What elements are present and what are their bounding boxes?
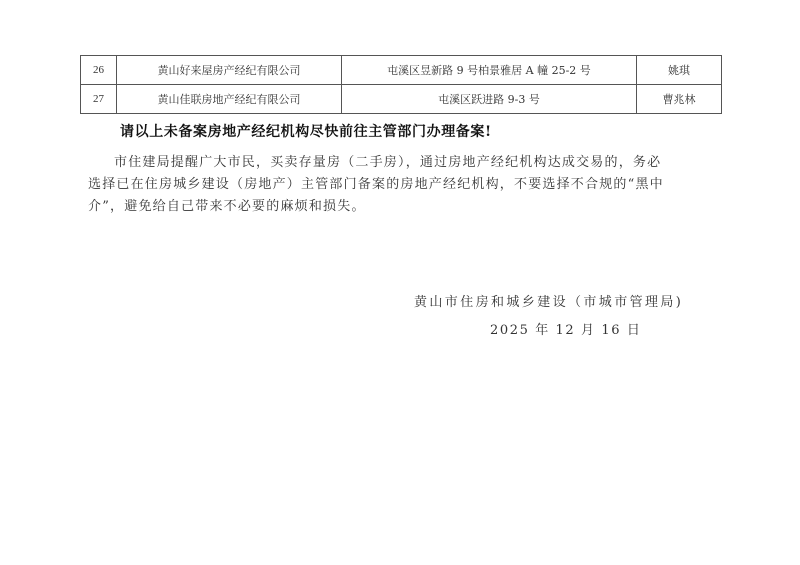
document-page: 26 黄山好来屋房产经纪有限公司 屯溪区昱新路 9 号柏景雅居 A 幢 25-2… xyxy=(0,0,800,565)
reminder-paragraph: 市住建局提醒广大市民，买卖存量房（二手房），通过房地产经纪机构达成交易的，务必 … xyxy=(88,152,700,218)
row-number: 27 xyxy=(81,85,117,114)
notice-heading: 请以上未备案房地产经纪机构尽快前往主管部门办理备案! xyxy=(120,121,492,141)
agency-name: 黄山好来屋房产经纪有限公司 xyxy=(117,56,342,85)
table-row: 27 黄山佳联房地产经纪有限公司 屯溪区跃进路 9-3 号 曹兆林 xyxy=(81,85,722,114)
signature-date: 2025 年 12 月 16 日 xyxy=(490,319,641,338)
contact-person: 姚琪 xyxy=(637,56,722,85)
agency-address: 屯溪区昱新路 9 号柏景雅居 A 幢 25-2 号 xyxy=(342,56,637,85)
agency-name: 黄山佳联房地产经纪有限公司 xyxy=(117,85,342,114)
paragraph-line: 选择已在住房城乡建设（房地产）主管部门备案的房地产经纪机构，不要选择不合规的“黑… xyxy=(88,174,700,196)
signature-org: 黄山市住房和城乡建设（市城市管理局) xyxy=(414,291,683,310)
contact-person: 曹兆林 xyxy=(637,85,722,114)
agency-table: 26 黄山好来屋房产经纪有限公司 屯溪区昱新路 9 号柏景雅居 A 幢 25-2… xyxy=(80,55,722,114)
agency-address: 屯溪区跃进路 9-3 号 xyxy=(342,85,637,114)
row-number: 26 xyxy=(81,56,117,85)
paragraph-line: 市住建局提醒广大市民，买卖存量房（二手房），通过房地产经纪机构达成交易的，务必 xyxy=(88,152,700,174)
paragraph-line: 介”，避免给自己带来不必要的麻烦和损失。 xyxy=(88,196,700,218)
table-row: 26 黄山好来屋房产经纪有限公司 屯溪区昱新路 9 号柏景雅居 A 幢 25-2… xyxy=(81,56,722,85)
